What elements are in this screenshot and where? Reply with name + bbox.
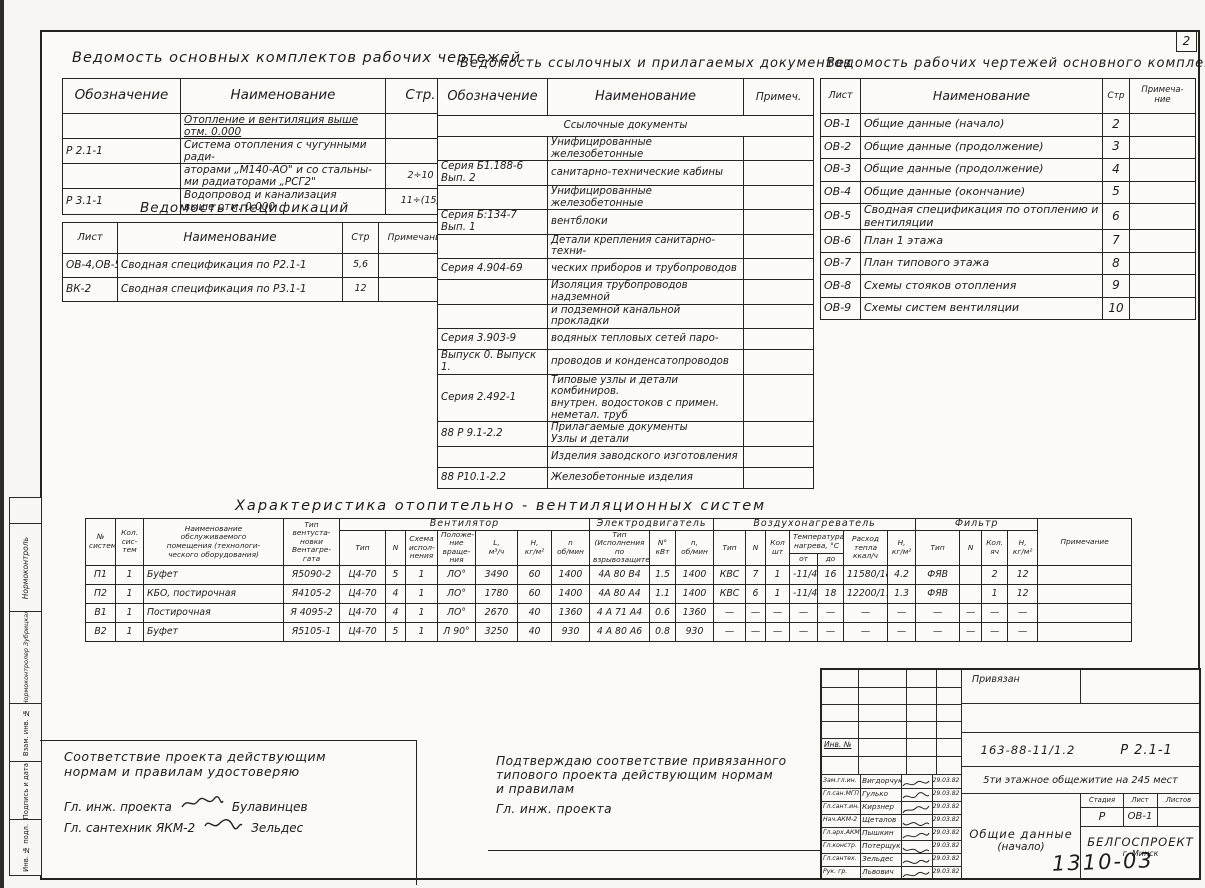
table-cell: — xyxy=(746,622,766,641)
table-cell: Р 2.1-1 xyxy=(63,139,181,164)
table-cell: 6 xyxy=(746,584,766,603)
table-cell xyxy=(438,185,548,209)
table-cell: 1780 xyxy=(476,584,518,603)
table-cell: ЛО° xyxy=(438,603,476,622)
table-cell: Отопление и вентиляция выше отм. 0.000 xyxy=(181,114,386,139)
signature-date: 29.03.82 xyxy=(933,853,962,866)
doc-number: 163-88-11/1.2 xyxy=(962,733,1094,768)
signature-date: 29.03.82 xyxy=(933,866,962,879)
signer-role: Гл. инж. проекта xyxy=(64,800,172,814)
table-cell: 60 xyxy=(518,565,552,584)
signature-mark xyxy=(902,866,932,879)
signer-role: Нач.АКМ-2 xyxy=(822,814,861,827)
table-row: ОВ-1Общие данные (начало)2 xyxy=(821,114,1196,137)
table-cell: 4 А 80 А6 xyxy=(590,622,650,641)
main-sets-title: Ведомость основных комплектов рабочих че… xyxy=(72,50,521,66)
signer-row: Гл.арх.АКМ Пышкин 29.03.82 xyxy=(822,827,962,841)
table-row: В21БуфетЯ5105-1Ц4-7051Л 90°3250409304 А … xyxy=(86,622,1132,641)
certification-text: нормам и правилам удостоверяю xyxy=(64,764,416,779)
working-drawings-table: Лист Наименование Стр Примеча- ние ОВ-1О… xyxy=(820,78,1196,320)
table-cell: 930 xyxy=(676,622,714,641)
table-cell: 2670 xyxy=(476,603,518,622)
table-cell xyxy=(744,185,814,209)
handwritten-archive-number: 1310-03 xyxy=(1052,848,1155,876)
table-cell: 0.6 xyxy=(650,603,676,622)
table-cell xyxy=(1038,584,1132,603)
table-cell: — xyxy=(916,622,960,641)
table-cell xyxy=(1130,181,1196,204)
table-row: Серия Б:134-7 Вып. 1вентблоки xyxy=(438,210,814,234)
table-cell xyxy=(744,467,814,488)
table-cell: ВК-2 xyxy=(63,278,118,302)
signer-row: Гл.сан.МГП Гулько 29.03.82 xyxy=(822,788,962,802)
signer-name: Зельдес xyxy=(251,821,303,835)
table-row: Отопление и вентиляция выше отм. 0.000 xyxy=(63,114,456,139)
table-row: Ссылочные документы xyxy=(438,116,814,137)
table-cell: 2 xyxy=(982,565,1008,584)
table-cell: 12 xyxy=(1008,584,1038,603)
signature-mark xyxy=(902,788,932,801)
signature-mark xyxy=(902,827,932,840)
table-cell xyxy=(63,114,181,139)
table-cell: 11580/18130 xyxy=(844,565,888,584)
systems-table: № систем Кол. сис- тем Наименование обсл… xyxy=(85,518,1132,642)
working-drawings-title: Ведомость рабочих чертежей основного ком… xyxy=(826,56,1205,71)
table-cell: Сводная спецификация по Р2.1-1 xyxy=(118,254,343,278)
table-cell: Изоляция трубопроводов надземной xyxy=(548,280,744,304)
table-cell xyxy=(744,161,814,185)
table-cell: 12200/11340 xyxy=(844,584,888,603)
ref-docs-title: Ведомость ссылочных и прилагаемых докуме… xyxy=(460,56,852,71)
table-cell: 18 xyxy=(818,584,844,603)
table-cell: 1 xyxy=(406,622,438,641)
table-cell: — xyxy=(766,622,790,641)
table-cell: ОВ-4,ОВ-5 xyxy=(63,254,118,278)
table-header-row: Обозначение Наименование Стр. xyxy=(63,79,456,114)
table-cell: Я4105-2 xyxy=(284,584,340,603)
table-cell: Я 4095-2 xyxy=(284,603,340,622)
table-row: П21КБО, постирочнаяЯ4105-2Ц4-7041ЛО°1780… xyxy=(86,584,1132,603)
col-header-system-no: № систем xyxy=(86,519,116,566)
group-header-motor: Электродвигатель xyxy=(590,519,714,531)
signer-role: Гл.арх.АКМ xyxy=(822,827,861,840)
table-row: Изделия заводского изготовления xyxy=(438,446,814,467)
table-row: ОВ-5Сводная спецификация по отоплению и … xyxy=(821,204,1196,230)
certification-text: типового проекта действующим нормам xyxy=(496,768,840,782)
table-row: Серия 3.903-9водяных тепловых сетей паро… xyxy=(438,329,814,350)
table-cell: Детали крепления санитарно-техни- xyxy=(548,234,744,258)
col-header-fan-L: L, м³/ч xyxy=(476,530,518,565)
table-cell: КБО, постирочная xyxy=(144,584,284,603)
col-header: Лист xyxy=(63,223,118,254)
table-row: ОВ-7План типового этажа8 xyxy=(821,252,1196,275)
ref-docs-table: Обозначение Наименование Примеч. Ссылочн… xyxy=(437,78,814,489)
signer-name: Щеталов xyxy=(861,814,902,827)
signer-role: Рук. гр. xyxy=(822,866,861,879)
object-name: 5ти этажное общежитие на 245 мест xyxy=(962,767,1199,794)
margin-box-inv-podl: Инв. № подл. xyxy=(9,819,42,876)
main-sets-table: Обозначение Наименование Стр. Отопление … xyxy=(62,78,456,215)
table-cell: 7 xyxy=(746,565,766,584)
table-cell xyxy=(744,234,814,258)
table-cell: Я5105-1 xyxy=(284,622,340,641)
doc-code: Р 2.1-1 xyxy=(1094,733,1199,768)
table-cell: П1 xyxy=(86,565,116,584)
table-row: ВК-2Сводная спецификация по Р3.1-112 xyxy=(63,278,456,302)
table-cell: КВС xyxy=(714,584,746,603)
table-cell: П2 xyxy=(86,584,116,603)
certification-text: Подтверждаю соответствие привязанного xyxy=(496,754,840,768)
table-cell: -11/4 xyxy=(790,565,818,584)
col-header: Наименование xyxy=(181,79,386,114)
table-cell: 0.8 xyxy=(650,622,676,641)
table-cell: Серия 2.492-1 xyxy=(438,374,548,422)
signer-name: Зельдес xyxy=(861,853,902,866)
table-header-row: Лист Наименование Стр Примечание xyxy=(63,223,456,254)
table-row: ОВ-6План 1 этажа7 xyxy=(821,230,1196,253)
signature-mark xyxy=(203,816,243,835)
col-header-count: Кол. сис- тем xyxy=(116,519,144,566)
table-cell: вентблоки xyxy=(548,210,744,234)
table-cell: 40 xyxy=(518,622,552,641)
group-header-heater: Воздухонагреватель xyxy=(714,519,916,531)
table-cell xyxy=(1130,297,1196,320)
table-cell: 5 xyxy=(386,622,406,641)
table-cell xyxy=(438,304,548,328)
table-row: П11БуфетЯ5090-2Ц4-7051ЛО°34906014004А 80… xyxy=(86,565,1132,584)
table-cell: Буфет xyxy=(144,565,284,584)
table-cell: 1360 xyxy=(676,603,714,622)
margin-box-normokontroler: Нормоконтролер Зубрицкая xyxy=(9,611,42,705)
signer-name: Львович xyxy=(861,866,902,879)
table-cell xyxy=(744,374,814,422)
sheets-value xyxy=(1157,807,1200,827)
table-row: ОВ-9Схемы систем вентиляции10 xyxy=(821,297,1196,320)
table-cell: Серия Б1.188-6 Вып. 2 xyxy=(438,161,548,185)
table-cell: В1 xyxy=(86,603,116,622)
table-cell xyxy=(1038,603,1132,622)
table-cell: ОВ-8 xyxy=(821,275,861,298)
stamp-signer-grid: Зам.гл.ин. Вигдорчук 29.03.82 Гл.сан.МГП… xyxy=(822,774,962,878)
col-header: Примеча- ние xyxy=(1130,79,1196,114)
signer-row: Зам.гл.ин. Вигдорчук 29.03.82 xyxy=(822,775,962,789)
signature-mark xyxy=(902,840,932,853)
table-row: Р 2.1-1Система отопления с чугунными рад… xyxy=(63,139,456,164)
table-cell: и подземной канальной прокладки xyxy=(548,304,744,328)
table-cell: ОВ-9 xyxy=(821,297,861,320)
col-header-fan-schema: Схема испол- нения xyxy=(406,530,438,565)
table-cell xyxy=(960,565,982,584)
certification-text: Гл. инж. проекта xyxy=(496,802,840,816)
table-row: ОВ-3Общие данные (продолжение)4 xyxy=(821,159,1196,182)
col-header-temp-to: до xyxy=(818,553,844,565)
table-cell: Ц4-70 xyxy=(340,565,386,584)
signature-mark xyxy=(902,801,932,814)
table-cell: 1.3 xyxy=(888,584,916,603)
table-cell xyxy=(1130,230,1196,253)
table-cell: 88 Р10.1-2.2 xyxy=(438,467,548,488)
table-cell: ческих приборов и трубопроводов xyxy=(548,259,744,280)
table-row: В11ПостирочнаяЯ 4095-2Ц4-7041ЛО°26704013… xyxy=(86,603,1132,622)
normokontroler-label: Нормоконтролер Зубрицкая xyxy=(22,611,30,705)
table-row: Унифицированные железобетонные xyxy=(438,185,814,209)
table-cell xyxy=(1130,159,1196,182)
privyazan-label: Привязан xyxy=(972,674,1020,685)
table-cell: ОВ-5 xyxy=(821,204,861,230)
table-cell: — xyxy=(766,603,790,622)
table-cell: 1 xyxy=(406,584,438,603)
col-header-note: Примечание xyxy=(1038,519,1132,566)
table-cell: — xyxy=(844,622,888,641)
col-header-room: Наименование обслуживаемого помещения (т… xyxy=(144,519,284,566)
table-cell: 1 xyxy=(766,584,790,603)
table-cell: Общие данные (продолжение) xyxy=(861,159,1103,182)
table-cell: Серия Б:134-7 Вып. 1 xyxy=(438,210,548,234)
table-cell: 5 xyxy=(386,565,406,584)
podpis-data-label: Подпись и дата xyxy=(22,763,30,819)
col-header: Лист xyxy=(821,79,861,114)
col-header: Обозначение xyxy=(63,79,181,114)
table-cell: 2 xyxy=(1103,114,1130,137)
table-cell xyxy=(1130,252,1196,275)
spec-title: Ведомость спецификаций xyxy=(140,200,349,216)
signer-role: Гл.сан.МГП xyxy=(822,788,861,801)
table-cell xyxy=(1130,114,1196,137)
table-cell: 4.2 xyxy=(888,565,916,584)
table-row: 88 Р 9.1-2.2Прилагаемые документы Узлы и… xyxy=(438,422,814,446)
table-cell: ОВ-3 xyxy=(821,159,861,182)
signature-date: 29.03.82 xyxy=(933,827,962,840)
margin-box-podpis: Подпись и дата xyxy=(9,761,42,821)
col-header-fan-H: Н, кг/м² xyxy=(518,530,552,565)
table-row: Выпуск 0. Выпуск 1.проводов и конденсато… xyxy=(438,350,814,374)
table-cell: санитарно-технические кабины xyxy=(548,161,744,185)
table-cell: водяных тепловых сетей паро- xyxy=(548,329,744,350)
table-cell: 9 xyxy=(1103,275,1130,298)
spec-table: Лист Наименование Стр Примечание ОВ-4,ОВ… xyxy=(62,222,456,302)
signer-name: Кирзнер xyxy=(861,801,902,814)
table-cell: 930 xyxy=(552,622,590,641)
certification-text: и правилам xyxy=(496,782,840,796)
table-row: ОВ-2Общие данные (продолжение)3 xyxy=(821,136,1196,159)
table-cell: 1 xyxy=(116,622,144,641)
table-header-row: Лист Наименование Стр Примеча- ние xyxy=(821,79,1196,114)
col-header-heater-no: N xyxy=(746,530,766,565)
table-cell: Схемы систем вентиляции xyxy=(861,297,1103,320)
table-cell: 1 xyxy=(766,565,790,584)
table-cell: 1 xyxy=(406,565,438,584)
table-row: Детали крепления санитарно-техни- xyxy=(438,234,814,258)
table-cell: — xyxy=(1008,622,1038,641)
signature-mark xyxy=(902,775,932,788)
table-cell: 6 xyxy=(1103,204,1130,230)
table-cell: — xyxy=(960,622,982,641)
table-cell: — xyxy=(746,603,766,622)
table-cell: ФЯВ xyxy=(916,565,960,584)
table-cell xyxy=(744,329,814,350)
table-cell: 4 xyxy=(1103,159,1130,182)
col-header-filter-type: Тип xyxy=(916,530,960,565)
table-cell: — xyxy=(818,603,844,622)
table-cell: Железобетонные изделия xyxy=(548,467,744,488)
table-cell: проводов и конденсатопроводов xyxy=(548,350,744,374)
signer-row: Рук. гр. Львович 29.03.82 xyxy=(822,866,962,879)
table-cell xyxy=(1130,136,1196,159)
table-cell: аторами „М140-АО" и со стальны- ми радиа… xyxy=(181,164,386,189)
table-cell: Серия 3.903-9 xyxy=(438,329,548,350)
table-cell: Унифицированные железобетонные xyxy=(548,185,744,209)
table-cell: ЛО° xyxy=(438,584,476,603)
table-cell: Я5090-2 xyxy=(284,565,340,584)
spec-body: ОВ-4,ОВ-5Сводная спецификация по Р2.1-15… xyxy=(63,254,456,302)
table-cell: 3490 xyxy=(476,565,518,584)
col-header-filter-qty: Кол. яч xyxy=(982,530,1008,565)
table-cell: 1400 xyxy=(552,584,590,603)
table-cell: План 1 этажа xyxy=(861,230,1103,253)
table-row: аторами „М140-АО" и со стальны- ми радиа… xyxy=(63,164,456,189)
table-cell: 16 xyxy=(818,565,844,584)
table-cell xyxy=(960,584,982,603)
sheet-value: ОВ-1 xyxy=(1123,807,1157,827)
table-cell: ОВ-4 xyxy=(821,181,861,204)
col-header-heater-type: Тип xyxy=(714,530,746,565)
table-cell: 5,6 xyxy=(343,254,379,278)
table-cell: — xyxy=(982,603,1008,622)
normokontrol-label: Нормоконтроль xyxy=(21,537,30,599)
table-cell: — xyxy=(714,603,746,622)
col-header-fan-no: N xyxy=(386,530,406,565)
table-cell: Ц4-70 xyxy=(340,622,386,641)
table-cell: — xyxy=(1008,603,1038,622)
col-header: Наименование xyxy=(548,79,744,116)
col-header-heater-temp: Температура нагрева, °С xyxy=(790,530,844,553)
table-cell: 40 xyxy=(518,603,552,622)
col-header-fan-type: Тип xyxy=(340,530,386,565)
table-cell: 1360 xyxy=(552,603,590,622)
table-cell: Сводная спецификация по Р3.1-1 xyxy=(118,278,343,302)
col-header-unit-type: Тип вентуста- новки Вентагре- гата xyxy=(284,519,340,566)
table-cell: 1 xyxy=(116,603,144,622)
table-cell: 1 xyxy=(116,584,144,603)
table-cell: Л 90° xyxy=(438,622,476,641)
table-cell: — xyxy=(818,622,844,641)
inv-no-label: Инв. № xyxy=(824,740,852,749)
col-header: Примеч. xyxy=(744,79,814,116)
systems-body: П11БуфетЯ5090-2Ц4-7051ЛО°34906014004А 80… xyxy=(86,565,1132,641)
table-cell xyxy=(744,304,814,328)
table-cell xyxy=(1130,275,1196,298)
table-cell xyxy=(1038,622,1132,641)
table-cell: КВС xyxy=(714,565,746,584)
doc-number-row: 163-88-11/1.2 Р 2.1-1 xyxy=(962,732,1199,767)
table-cell: 4 А 71 А4 xyxy=(590,603,650,622)
sheet-title: Общие данные xyxy=(962,827,1080,841)
signer-role: Гл.сантех. xyxy=(822,853,861,866)
col-header-temp-from: от xyxy=(790,553,818,565)
table-cell xyxy=(438,446,548,467)
signer-row: Гл.сантех. Зельдес 29.03.82 xyxy=(822,853,962,867)
table-cell: Выпуск 0. Выпуск 1. xyxy=(438,350,548,374)
table-cell: — xyxy=(888,603,916,622)
table-cell: — xyxy=(844,603,888,622)
center-certification-block: Подтверждаю соответствие привязанного ти… xyxy=(488,750,840,851)
signer-name: Вигдорчук xyxy=(861,775,902,788)
organization-name: БЕЛГОСПРОЕКТ xyxy=(1081,835,1200,849)
table-cell: Ссылочные документы xyxy=(438,116,814,137)
stamp-upper-left-grid: Инв. № xyxy=(822,670,962,774)
table-cell: ЛО° xyxy=(438,565,476,584)
table-cell: 1 xyxy=(116,565,144,584)
table-cell: 1400 xyxy=(552,565,590,584)
table-cell: Изделия заводского изготовления xyxy=(548,446,744,467)
left-certification-block: Соответствие проекта действующим нормам … xyxy=(40,740,417,885)
table-row: Унифицированные железобетонные xyxy=(438,137,814,161)
table-cell: ОВ-7 xyxy=(821,252,861,275)
table-row: ОВ-4,ОВ-5Сводная спецификация по Р2.1-15… xyxy=(63,254,456,278)
col-header: Наименование xyxy=(861,79,1103,114)
table-cell xyxy=(63,164,181,189)
table-cell: 3 xyxy=(1103,136,1130,159)
col-header-motor-n: n, об/мин xyxy=(676,530,714,565)
sheet-label: Лист xyxy=(1123,794,1157,807)
signature-date: 29.03.82 xyxy=(933,788,962,801)
table-header-row: Обозначение Наименование Примеч. xyxy=(438,79,814,116)
signer-row: Нач.АКМ-2 Щеталов 29.03.82 xyxy=(822,814,962,828)
table-cell: 8 xyxy=(1103,252,1130,275)
table-cell: Общие данные (начало) xyxy=(861,114,1103,137)
table-cell: ОВ-1 xyxy=(821,114,861,137)
table-cell: План типового этажа xyxy=(861,252,1103,275)
signer-name: Потерщук xyxy=(861,840,902,853)
table-cell: ФЯВ xyxy=(916,584,960,603)
table-row: Изоляция трубопроводов надземной xyxy=(438,280,814,304)
signer-name: Гулько xyxy=(861,788,902,801)
col-header-heater-qty: Кол шт xyxy=(766,530,790,565)
signer-role: Зам.гл.ин. xyxy=(822,775,861,788)
table-cell: 1400 xyxy=(676,584,714,603)
table-row: ОВ-8Схемы стояков отопления9 xyxy=(821,275,1196,298)
table-cell: 1.5 xyxy=(650,565,676,584)
table-cell: Сводная спецификация по отоплению и вент… xyxy=(861,204,1103,230)
table-cell: — xyxy=(790,603,818,622)
table-cell: 10 xyxy=(1103,297,1130,320)
table-cell: — xyxy=(790,622,818,641)
stage-value: Р xyxy=(1081,807,1123,827)
table-cell: 12 xyxy=(1008,565,1038,584)
table-cell: 1.1 xyxy=(650,584,676,603)
drawing-sheet: 2 Нормоконтроль Нормоконтролер Зубрицкая… xyxy=(0,0,1205,888)
table-cell: 4 xyxy=(386,603,406,622)
table-cell xyxy=(438,137,548,161)
table-cell: — xyxy=(714,622,746,641)
privyazan-cell: Привязан xyxy=(962,670,1199,704)
table-cell: 4 xyxy=(386,584,406,603)
table-cell: 3250 xyxy=(476,622,518,641)
signer-role: Гл.констр. xyxy=(822,840,861,853)
table-cell: Типовые узлы и детали комбиниров. внутре… xyxy=(548,374,744,422)
signer-role: Гл. сантехник ЯКМ-2 xyxy=(64,821,195,835)
signer-row: Гл.сант.ин. Кирзнер 29.03.82 xyxy=(822,801,962,815)
table-cell: Схемы стояков отопления xyxy=(861,275,1103,298)
ref-docs-body: Ссылочные документыУнифицированные желез… xyxy=(438,116,814,489)
table-row: 88 Р10.1-2.2Железобетонные изделия xyxy=(438,467,814,488)
signature-mark xyxy=(902,853,932,866)
table-row: ОВ-4Общие данные (окончание)5 xyxy=(821,181,1196,204)
table-cell: — xyxy=(982,622,1008,641)
col-header-motor-type: Тип (Исполнения по взрывозащите) xyxy=(590,530,650,565)
table-cell: ОВ-2 xyxy=(821,136,861,159)
signer-name: Пышкин xyxy=(861,827,902,840)
